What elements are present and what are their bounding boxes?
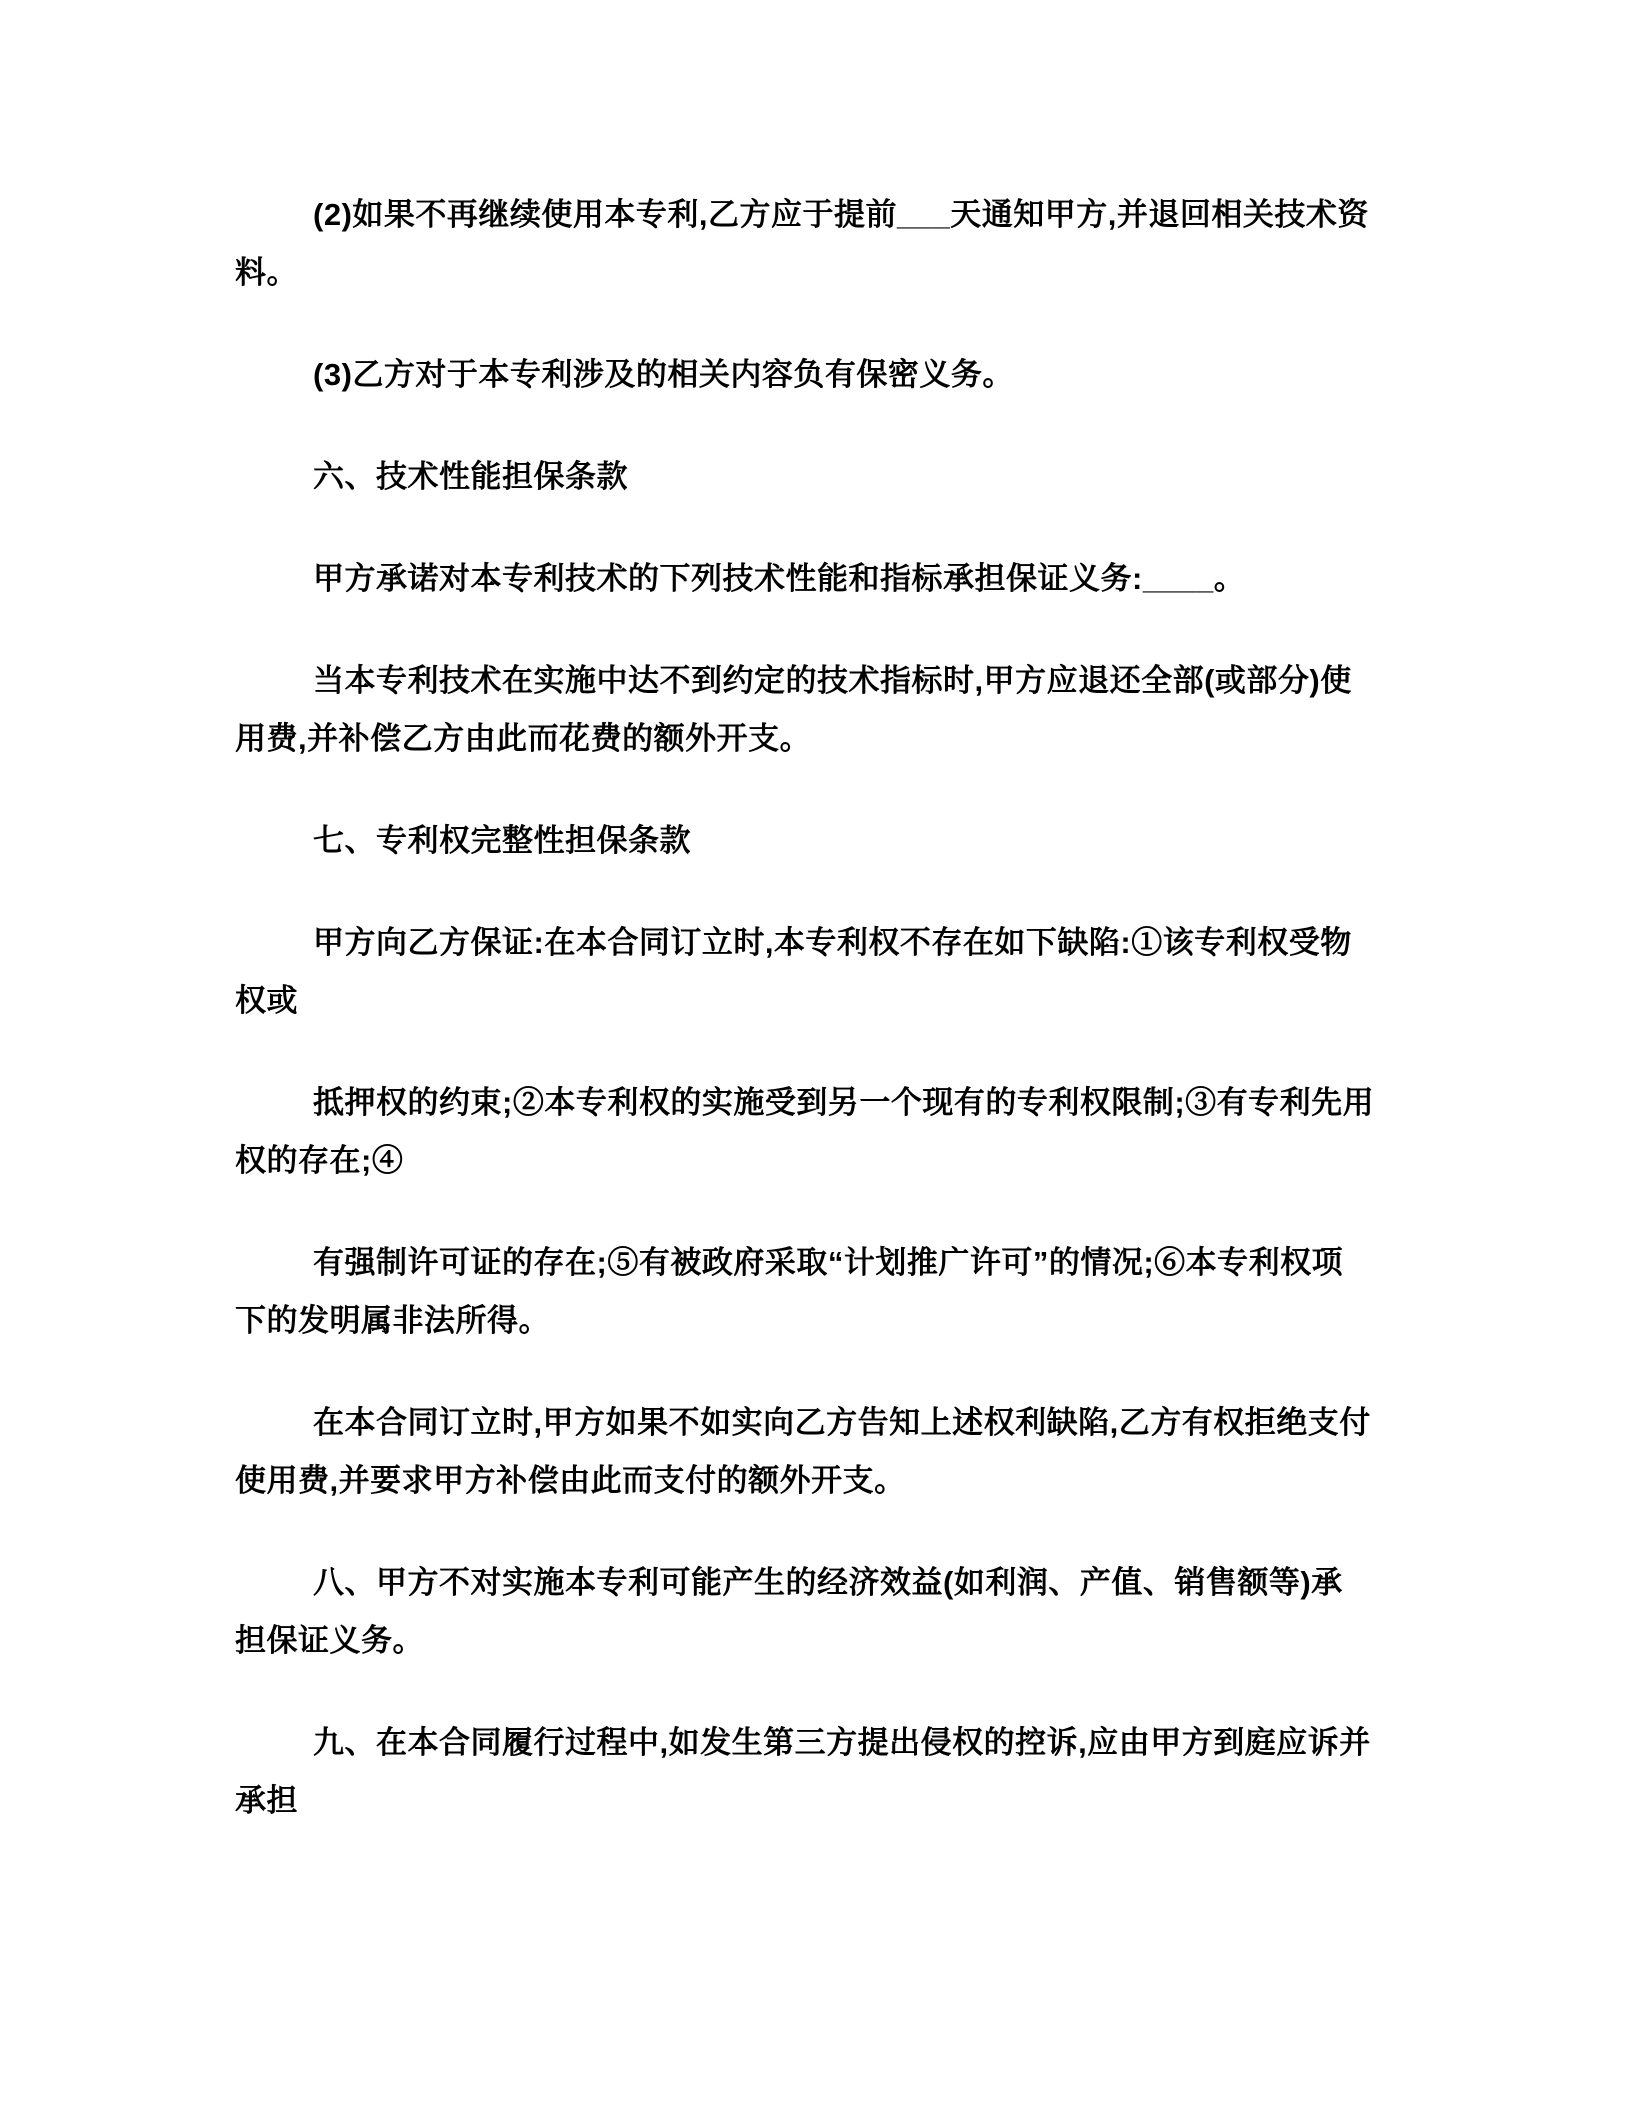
para-integrity-defects-1: 甲方向乙方保证:在本合同订立时,本专利权不存在如下缺陷:①该专利权受物权或 <box>235 914 1482 1030</box>
text-line: 在本合同订立时,甲方如果不如实向乙方告知上述权利缺陷,乙方有权拒绝支付 <box>235 1394 1482 1452</box>
text-line: 六、技术性能担保条款 <box>235 448 1482 506</box>
section-7-heading: 七、专利权完整性担保条款 <box>235 812 1482 870</box>
text-line: 当本专利技术在实施中达不到约定的技术指标时,甲方应退还全部(或部分)使 <box>235 652 1482 710</box>
text-line: 权的存在;④ <box>235 1132 1482 1190</box>
text-line: (3)乙方对于本专利涉及的相关内容负有保密义务。 <box>235 346 1482 404</box>
text-line: 权或 <box>235 972 1482 1030</box>
clause-8: 八、甲方不对实施本专利可能产生的经济效益(如利润、产值、销售额等)承担保证义务。 <box>235 1554 1482 1670</box>
text-line: 抵押权的约束;②本专利权的实施受到另一个现有的专利权限制;③有专利先用 <box>235 1074 1482 1132</box>
text-line: 九、在本合同履行过程中,如发生第三方提出侵权的控诉,应由甲方到庭应诉并 <box>235 1714 1482 1772</box>
para-integrity-breach: 在本合同订立时,甲方如果不如实向乙方告知上述权利缺陷,乙方有权拒绝支付使用费,并… <box>235 1394 1482 1510</box>
text-line: 下的发明属非法所得。 <box>235 1292 1482 1350</box>
clause-item-3: (3)乙方对于本专利涉及的相关内容负有保密义务。 <box>235 346 1482 404</box>
text-line: 七、专利权完整性担保条款 <box>235 812 1482 870</box>
para-integrity-defects-3: 有强制许可证的存在;⑤有被政府采取“计划推广许可”的情况;⑥本专利权项下的发明属… <box>235 1234 1482 1350</box>
text-line: 用费,并补偿乙方由此而花费的额外开支。 <box>235 710 1482 768</box>
clause-9: 九、在本合同履行过程中,如发生第三方提出侵权的控诉,应由甲方到庭应诉并承担 <box>235 1714 1482 1830</box>
text-line: 使用费,并要求甲方补偿由此而支付的额外开支。 <box>235 1452 1482 1510</box>
document-content: (2)如果不再继续使用本专利,乙方应于提前___天通知甲方,并退回相关技术资料。… <box>0 0 1632 1830</box>
text-line: 甲方向乙方保证:在本合同订立时,本专利权不存在如下缺陷:①该专利权受物 <box>235 914 1482 972</box>
document-page: (2)如果不再继续使用本专利,乙方应于提前___天通知甲方,并退回相关技术资料。… <box>0 0 1632 2112</box>
text-line: 甲方承诺对本专利技术的下列技术性能和指标承担保证义务:____。 <box>235 550 1482 608</box>
clause-item-2: (2)如果不再继续使用本专利,乙方应于提前___天通知甲方,并退回相关技术资料。 <box>235 186 1482 302</box>
text-line: 料。 <box>235 244 1482 302</box>
text-line: (2)如果不再继续使用本专利,乙方应于提前___天通知甲方,并退回相关技术资 <box>235 186 1482 244</box>
para-performance-guarantee: 甲方承诺对本专利技术的下列技术性能和指标承担保证义务:____。 <box>235 550 1482 608</box>
text-line: 有强制许可证的存在;⑤有被政府采取“计划推广许可”的情况;⑥本专利权项 <box>235 1234 1482 1292</box>
text-line: 承担 <box>235 1772 1482 1830</box>
text-line: 担保证义务。 <box>235 1612 1482 1670</box>
text-line: 八、甲方不对实施本专利可能产生的经济效益(如利润、产值、销售额等)承 <box>235 1554 1482 1612</box>
para-performance-refund: 当本专利技术在实施中达不到约定的技术指标时,甲方应退还全部(或部分)使用费,并补… <box>235 652 1482 768</box>
para-integrity-defects-2: 抵押权的约束;②本专利权的实施受到另一个现有的专利权限制;③有专利先用权的存在;… <box>235 1074 1482 1190</box>
section-6-heading: 六、技术性能担保条款 <box>235 448 1482 506</box>
